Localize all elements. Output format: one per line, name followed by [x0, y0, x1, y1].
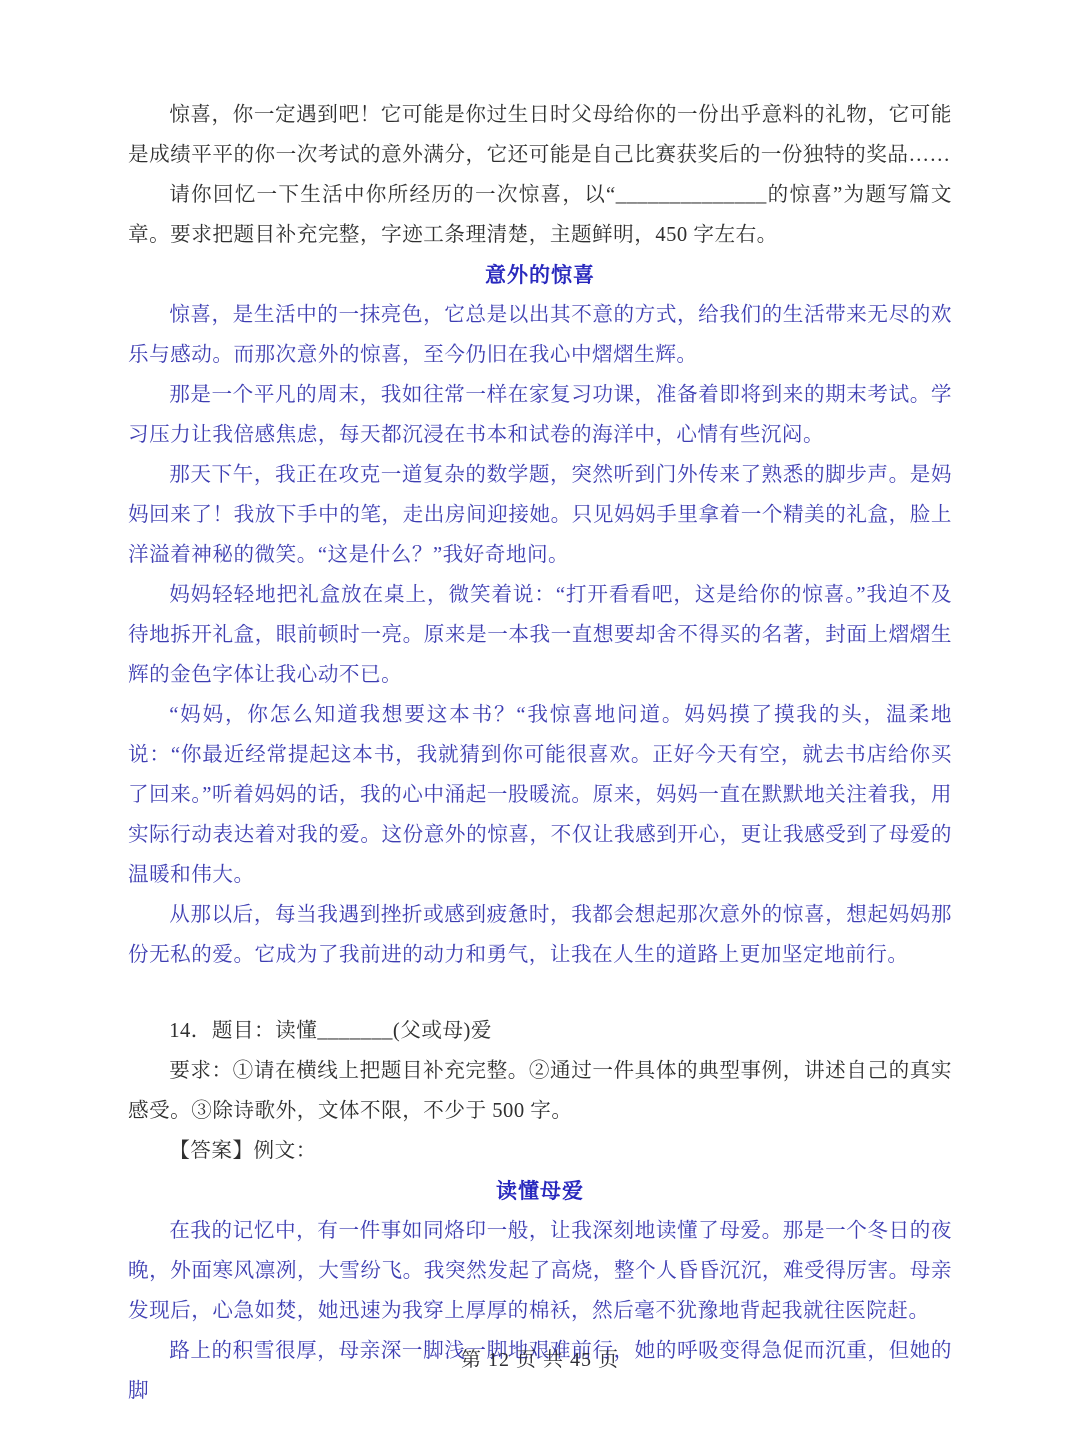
essay1-title: 意外的惊喜 [128, 255, 952, 295]
essay1-paragraph-1: 惊喜，是生活中的一抹亮色，它总是以出其不意的方式，给我们的生活带来无尽的欢乐与感… [128, 295, 952, 375]
page-content: 惊喜，你一定遇到吧！它可能是你过生日时父母给你的一份出乎意料的礼物，它可能是成绩… [128, 95, 952, 1411]
essay2-paragraph-1: 在我的记忆中，有一件事如同烙印一般，让我深刻地读懂了母爱。那是一个冬日的夜晚，外… [128, 1211, 952, 1331]
essay1-paragraph-4: 妈妈轻轻地把礼盒放在桌上，微笑着说：“打开看看吧，这是给你的惊喜。”我迫不及待地… [128, 575, 952, 695]
essay1-paragraph-5: “妈妈，你怎么知道我想要这本书？“我惊喜地问道。妈妈摸了摸我的头，温柔地说：“你… [128, 695, 952, 895]
essay1-paragraph-3: 那天下午，我正在攻克一道复杂的数学题，突然听到门外传来了熟悉的脚步声。是妈妈回来… [128, 455, 952, 575]
essay1-paragraph-2: 那是一个平凡的周末，我如往常一样在家复习功课，准备着即将到来的期末考试。学习压力… [128, 375, 952, 455]
answer-label: 【答案】例文： [128, 1131, 952, 1171]
essay2-title: 读懂母爱 [128, 1171, 952, 1211]
essay1-paragraph-6: 从那以后，每当我遇到挫折或感到疲惫时，我都会想起那次意外的惊喜，想起妈妈那份无私… [128, 895, 952, 975]
document-page: 惊喜，你一定遇到吧！它可能是你过生日时父母给你的一份出乎意料的礼物，它可能是成绩… [0, 0, 1080, 1440]
intro-paragraph-2: 请你回忆一下生活中你所经历的一次惊喜，以“______________的惊喜”为… [128, 175, 952, 255]
page-number-footer: 第 12 页 共 45 页 [0, 1342, 1080, 1378]
intro-paragraph-1: 惊喜，你一定遇到吧！它可能是你过生日时父母给你的一份出乎意料的礼物，它可能是成绩… [128, 95, 952, 175]
question-14-title-line: 14．题目：读懂_______(父或母)爱 [128, 1011, 952, 1051]
question-14-requirements: 要求：①请在横线上把题目补充完整。②通过一件具体的典型事例，讲述自己的真实感受。… [128, 1051, 952, 1131]
